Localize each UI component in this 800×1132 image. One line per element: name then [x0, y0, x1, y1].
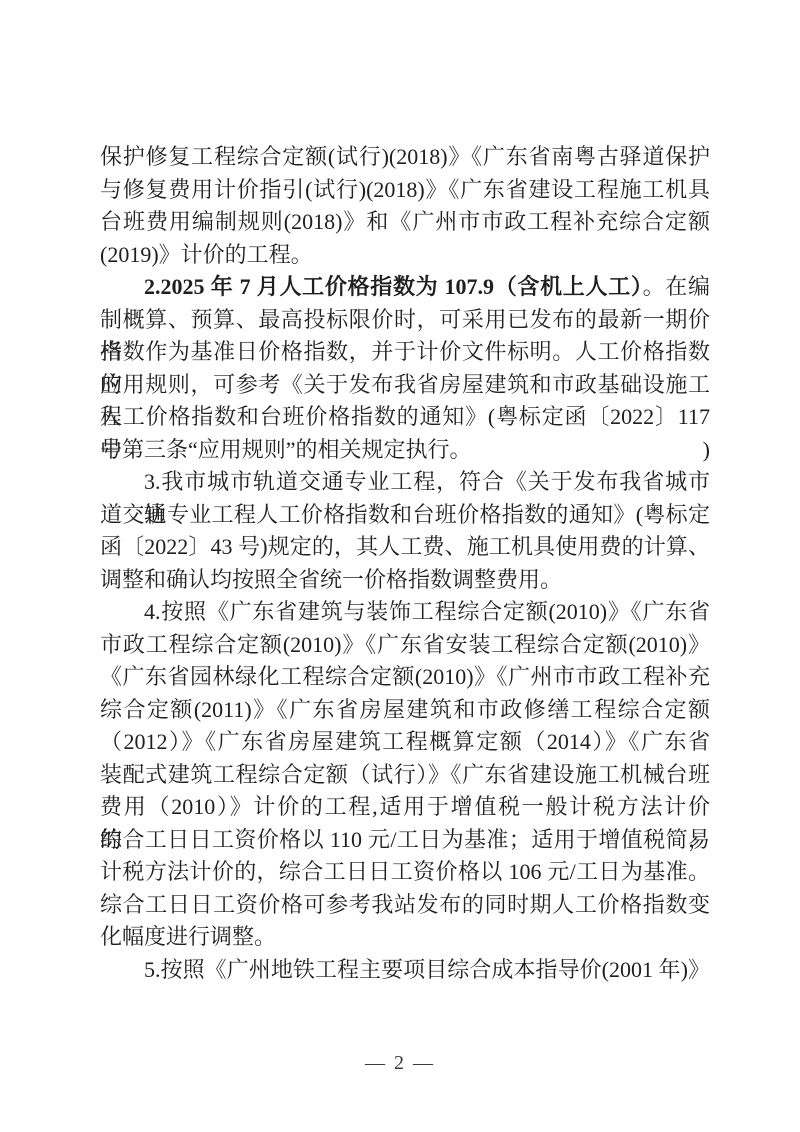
- page-number: — 2 —: [365, 1052, 435, 1074]
- text-line: 制概算、预算、最高投标限价时，可采用已发布的最新一期价格: [100, 304, 710, 337]
- text-line: 与修复费用计价指引(试行)(2018)》《广东省建设工程施工机具: [100, 174, 710, 207]
- text-line: 保护修复工程综合定额(试行)(2018)》《广东省南粤古驿道保护: [100, 141, 710, 174]
- page-footer: — 2 —: [0, 1052, 800, 1075]
- text-line: 人工价格指数和台班价格指数的通知》(粤标定函〔2022〕117 号): [100, 401, 710, 434]
- text-line: 5.按照《广州地铁工程主要项目综合成本指导价(2001 年)》: [100, 954, 710, 987]
- text-line: (2019)》计价的工程。: [100, 239, 710, 272]
- text-line: 市政工程综合定额(2010)》《广东省安装工程综合定额(2010)》: [100, 629, 710, 662]
- bold-text-segment: 2.2025 年 7 月人工价格指数为 107.9（含机上人工）: [144, 274, 643, 299]
- text-line: 《广东省园林绿化工程综合定额(2010)》《广州市市政工程补充: [100, 661, 710, 694]
- text-line: 综合工日日工资价格可参考我站发布的同时期人工价格指数变: [100, 889, 710, 922]
- text-line: 道交通专业工程人工价格指数和台班价格指数的通知》(粤标定: [100, 499, 710, 532]
- text-line: （2012）》《广东省房屋建筑工程概算定额（2014）》《广东省: [100, 726, 710, 759]
- text-line: 指数作为基准日价格指数，并于计价文件标明。人工价格指数的: [100, 336, 710, 369]
- text-line: 调整和确认均按照全省统一价格指数调整费用。: [100, 564, 710, 597]
- text-line: 费用（2010）》计价的工程,适用于增值税一般计税方法计价的，: [100, 791, 710, 824]
- text-line: 台班费用编制规则(2018)》和《广州市市政工程补充综合定额: [100, 206, 710, 239]
- text-line: 4.按照《广东省建筑与装饰工程综合定额(2010)》《广东省: [100, 596, 710, 629]
- text-line: 函〔2022〕43 号)规定的，其人工费、施工机具使用费的计算、: [100, 531, 710, 564]
- text-line: 综合定额(2011)》《广东省房屋建筑和市政修缮工程综合定额: [100, 694, 710, 727]
- text-line: 计税方法计价的，综合工日日工资价格以 106 元/工日为基准。: [100, 856, 710, 889]
- text-line: 应用规则，可参考《关于发布我省房屋建筑和市政基础设施工程: [100, 369, 710, 402]
- document-body-text: 保护修复工程综合定额(试行)(2018)》《广东省南粤古驿道保护与修复费用计价指…: [100, 141, 710, 986]
- text-line: 3.我市城市轨道交通专业工程，符合《关于发布我省城市轨: [100, 466, 710, 499]
- text-line: 综合工日日工资价格以 110 元/工日为基准；适用于增值税简易: [100, 824, 710, 857]
- text-line: 化幅度进行调整。: [100, 921, 710, 954]
- document-page: 保护修复工程综合定额(试行)(2018)》《广东省南粤古驿道保护与修复费用计价指…: [0, 0, 800, 1132]
- text-line: 2.2025 年 7 月人工价格指数为 107.9（含机上人工）。在编: [100, 271, 710, 304]
- text-line: 装配式建筑工程综合定额（试行）》《广东省建设施工机械台班: [100, 759, 710, 792]
